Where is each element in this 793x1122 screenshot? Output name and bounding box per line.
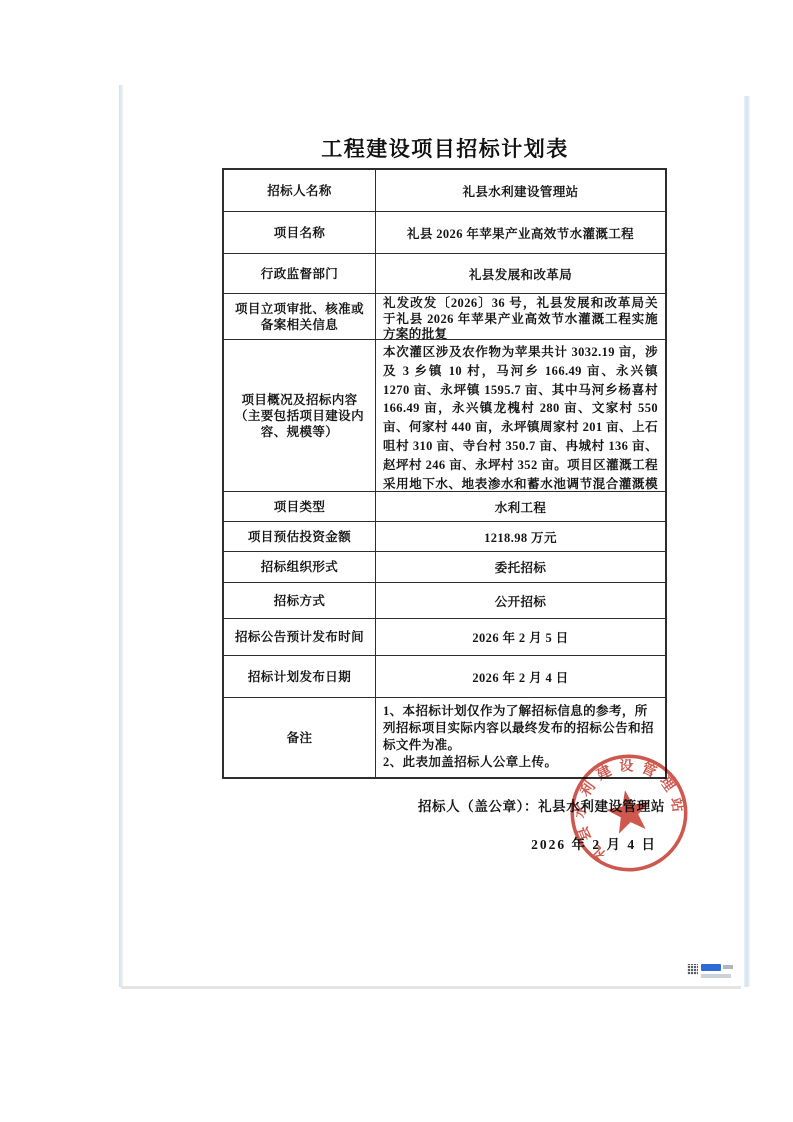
table-row-organization-form: 招标组织形式 委托招标 (224, 552, 665, 583)
table-row-project-overview: 项目概况及招标内容（主要包括项目建设内容、规模等） 本次灌区涉及农作物为苹果共计… (224, 340, 665, 492)
row-value: 礼县水利建设管理站 (376, 170, 665, 211)
table-row-estimated-investment: 项目预估投资金额 1218.98 万元 (224, 522, 665, 552)
page-edge-bottom (121, 986, 741, 989)
row-value: 礼发改发〔2026〕36 号，礼县发展和改革局关于礼县 2026 年苹果产业高效… (376, 294, 665, 339)
table-row-plan-release-date: 招标计划发布日期 2026 年 2 月 4 日 (224, 656, 665, 698)
page-edge-right (744, 96, 750, 987)
row-value: 本次灌区涉及农作物为苹果共计 3032.19 亩，涉及 3 乡镇 10 村，马河… (376, 340, 665, 491)
table-row-bidder-name: 招标人名称 礼县水利建设管理站 (224, 170, 665, 212)
table-row-project-type: 项目类型 水利工程 (224, 492, 665, 522)
row-value: 公开招标 (376, 583, 665, 618)
row-label: 项目预估投资金额 (224, 522, 376, 551)
row-label: 备注 (224, 698, 376, 777)
row-label: 招标方式 (224, 583, 376, 618)
row-label: 项目概况及招标内容（主要包括项目建设内容、规模等） (224, 340, 376, 491)
row-value: 2026 年 2 月 4 日 (376, 656, 665, 697)
row-label: 招标组织形式 (224, 552, 376, 582)
watermark-text-line (701, 974, 731, 978)
row-label: 招标计划发布日期 (224, 656, 376, 697)
row-label: 项目类型 (224, 492, 376, 521)
signature-line: 招标人（盖公章）：礼县水利建设管理站 (418, 795, 665, 815)
watermark-text-line (723, 965, 733, 969)
qr-code-icon (687, 964, 698, 975)
platform-watermark (687, 963, 735, 981)
row-label: 行政监督部门 (224, 254, 376, 293)
row-value: 1、本招标计划仅作为了解招标信息的参考，所列招标项目实际内容以最终发布的招标公告… (376, 698, 665, 777)
remark-note-1: 1、本招标计划仅作为了解招标信息的参考，所列招标项目实际内容以最终发布的招标公告… (383, 703, 658, 754)
remark-note-2: 2、此表加盖招标人公章上传。 (383, 754, 658, 771)
table-row-approval-info: 项目立项审批、核准或备案相关信息 礼发改发〔2026〕36 号，礼县发展和改革局… (224, 294, 665, 340)
page-edge-left (119, 85, 123, 987)
row-value: 礼县发展和改革局 (376, 254, 665, 293)
row-label: 项目名称 (224, 212, 376, 253)
row-value: 2026 年 2 月 5 日 (376, 619, 665, 655)
table-row-project-name: 项目名称 礼县 2026 年苹果产业高效节水灌溉工程 (224, 212, 665, 254)
table-row-supervision-dept: 行政监督部门 礼县发展和改革局 (224, 254, 665, 294)
table-row-bidding-method: 招标方式 公开招标 (224, 583, 665, 619)
row-value: 1218.98 万元 (376, 522, 665, 551)
table-row-announcement-date: 招标公告预计发布时间 2026 年 2 月 5 日 (224, 619, 665, 656)
row-label: 招标公告预计发布时间 (224, 619, 376, 655)
page-title: 工程建设项目招标计划表 (150, 133, 740, 163)
row-value: 礼县 2026 年苹果产业高效节水灌溉工程 (376, 212, 665, 253)
table-row-remarks: 备注 1、本招标计划仅作为了解招标信息的参考，所列招标项目实际内容以最终发布的招… (224, 698, 665, 777)
row-label: 项目立项审批、核准或备案相关信息 (224, 294, 376, 339)
row-label: 招标人名称 (224, 170, 376, 211)
row-value: 委托招标 (376, 552, 665, 582)
platform-logo-badge (701, 964, 721, 971)
bidding-plan-table: 招标人名称 礼县水利建设管理站 项目名称 礼县 2026 年苹果产业高效节水灌溉… (222, 168, 667, 779)
row-value: 水利工程 (376, 492, 665, 521)
signature-date: 2026 年 2 月 4 日 (531, 833, 657, 853)
